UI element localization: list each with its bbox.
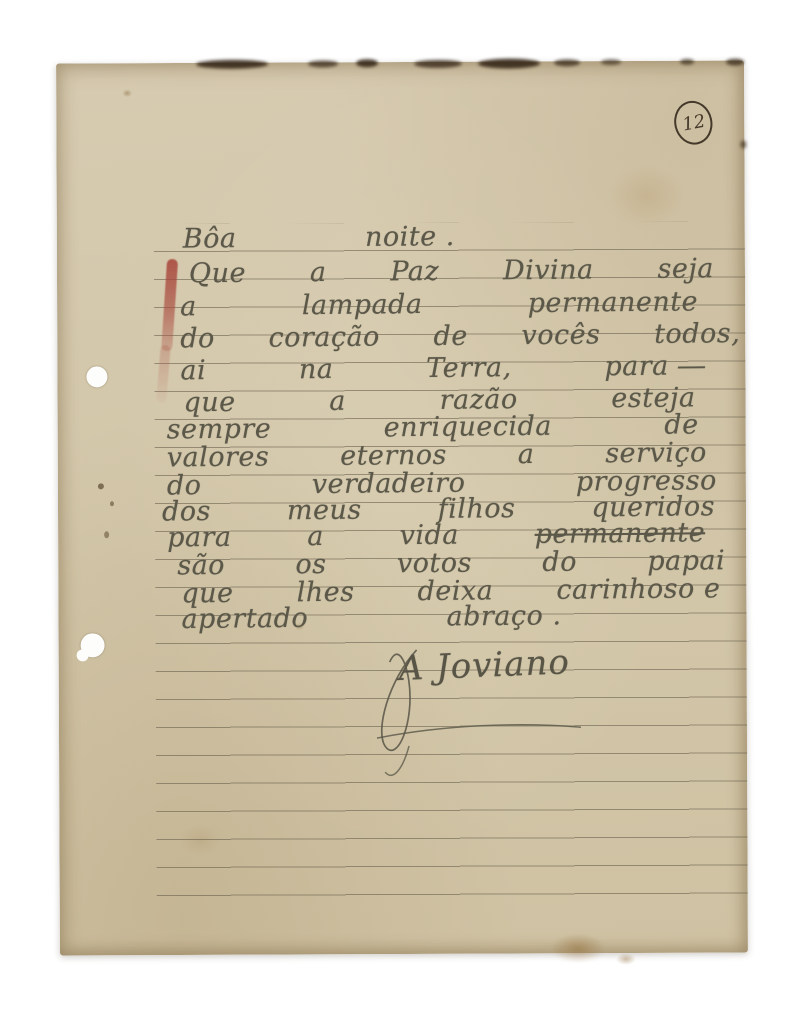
page-number-stamp: 12 bbox=[670, 97, 716, 148]
handwritten-line: apertadoabraço . bbox=[181, 600, 561, 636]
paper-sheet: 12 Bôanoite .QueaPazDivinasejaalampadape… bbox=[56, 61, 748, 956]
stain bbox=[122, 89, 132, 97]
handwritten-word: na bbox=[299, 354, 334, 386]
stain bbox=[110, 501, 114, 506]
handwritten-word: lampada bbox=[302, 289, 423, 322]
handwritten-word: carinhoso e bbox=[556, 573, 720, 607]
burn-mark bbox=[196, 60, 268, 69]
burn-mark bbox=[414, 60, 462, 68]
stain bbox=[98, 483, 104, 489]
handwritten-word: todos, bbox=[654, 318, 740, 351]
handwritten-word: Bôa bbox=[183, 223, 237, 256]
signature: A Joviano bbox=[398, 642, 571, 689]
burn-mark bbox=[680, 59, 694, 65]
handwritten-word: Paz bbox=[390, 256, 439, 288]
red-margin-mark bbox=[161, 259, 178, 352]
handwritten-word: abraço . bbox=[446, 600, 561, 633]
handwritten-word: Terra, bbox=[426, 352, 512, 385]
stain bbox=[550, 933, 606, 963]
page-number: 12 bbox=[680, 110, 706, 135]
handwritten-line: ainaTerra,para ― bbox=[180, 350, 705, 387]
handwritten-word: seja bbox=[657, 253, 714, 286]
burn-mark bbox=[726, 59, 744, 66]
red-margin-mark-tail bbox=[156, 345, 171, 404]
stain bbox=[104, 531, 109, 538]
handwritten-word: a bbox=[180, 291, 197, 323]
handwritten-word: do bbox=[180, 323, 215, 355]
handwritten-word: a bbox=[310, 257, 327, 289]
handwritten-word: noite . bbox=[365, 221, 455, 254]
handwritten-line: alampadapermanente bbox=[180, 286, 698, 323]
burn-mark bbox=[554, 59, 580, 66]
stain bbox=[604, 161, 688, 231]
stain bbox=[616, 953, 636, 965]
stain bbox=[177, 823, 223, 857]
burn-mark bbox=[601, 59, 621, 65]
hole-punch-bottom-tail bbox=[77, 649, 89, 661]
handwritten-word: ai bbox=[180, 355, 206, 387]
handwritten-line: QueaPazDivinaseja bbox=[189, 253, 714, 290]
handwritten-word: apertado bbox=[181, 603, 308, 636]
scanned-document: 12 Bôanoite .QueaPazDivinasejaalampadape… bbox=[0, 0, 806, 1024]
burn-mark bbox=[308, 60, 338, 67]
burn-mark bbox=[740, 140, 746, 148]
handwritten-line: Bôanoite . bbox=[183, 221, 455, 256]
handwritten-word: vocês bbox=[521, 319, 600, 352]
handwritten-word: Divina bbox=[503, 254, 594, 287]
letter-body: Bôanoite .QueaPazDivinasejaalampadaperma… bbox=[56, 61, 744, 64]
handwritten-word: permanente bbox=[527, 286, 698, 320]
handwritten-word: de bbox=[433, 321, 468, 353]
handwritten-word: Que bbox=[189, 258, 246, 291]
hole-punch-top bbox=[86, 366, 107, 387]
burn-mark bbox=[356, 59, 378, 67]
handwritten-word: para ― bbox=[604, 350, 705, 383]
burn-mark bbox=[478, 58, 540, 68]
handwritten-word: coração bbox=[268, 322, 380, 355]
